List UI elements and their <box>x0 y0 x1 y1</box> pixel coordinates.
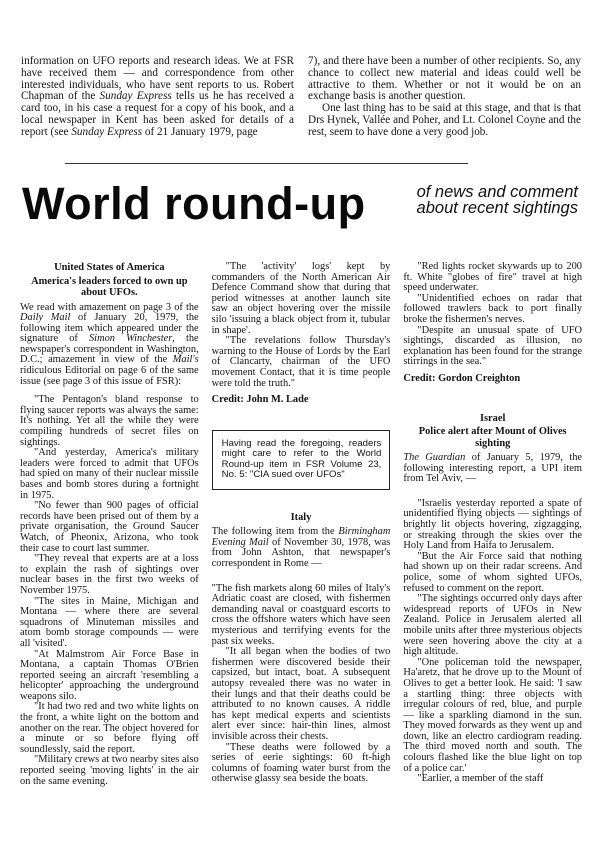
article-columns: United States of America America's leade… <box>20 262 582 787</box>
continuation-paragraph: One last thing has to be said at this st… <box>308 103 581 138</box>
section-divider <box>65 163 468 164</box>
intro-paragraph: The following item from the Birmingham E… <box>212 527 391 569</box>
publication-name: Sunday Express <box>100 90 172 102</box>
previous-article-continuation: information on UFO reports and research … <box>21 56 581 139</box>
quote-paragraph: "The sightings occurred only days after … <box>403 594 582 658</box>
article-headline: Police alert after Mount of Olives sight… <box>403 426 582 449</box>
quote-paragraph: "The fish markets along 60 miles of Ital… <box>212 584 391 648</box>
quote-paragraph: "And yesterday, America's military leade… <box>20 448 199 501</box>
quote-paragraph: "It had two red and two white lights on … <box>20 702 199 755</box>
article-credit: Credit: John M. Lade <box>212 395 391 406</box>
section-title: World round-up <box>22 178 366 230</box>
quote-paragraph: "The Pentagon's bland response to flying… <box>20 395 199 448</box>
quote-paragraph: "Israelis yesterday reported a spate of … <box>403 499 582 552</box>
intro-paragraph: We read with amazement on page 3 of the … <box>20 303 199 388</box>
column-1: United States of America America's leade… <box>20 262 199 787</box>
quote-paragraph: "But the Air Force said that nothing had… <box>403 552 582 594</box>
country-heading: United States of America <box>20 262 199 274</box>
quote-paragraph: "Red lights rocket skywards up to 200 ft… <box>403 262 582 294</box>
quote-paragraph: "No fewer than 900 pages of official rec… <box>20 501 199 554</box>
continuation-paragraph: information on UFO reports and research … <box>21 56 294 139</box>
continuation-column-left: information on UFO reports and research … <box>21 56 294 139</box>
intro-paragraph: The Guardian of January 5, 1979, the fol… <box>403 453 582 485</box>
cross-reference-box: Having read the foregoing, readers might… <box>212 430 391 490</box>
quote-paragraph: "The sites in Maine, Michigan and Montan… <box>20 597 199 650</box>
quote-paragraph: "These deaths were followed by a series … <box>212 743 391 785</box>
quote-paragraph: "The 'activity' logs' kept by commanders… <box>212 262 391 336</box>
article-credit: Credit: Gordon Creighton <box>403 374 582 385</box>
column-2: "The 'activity' logs' kept by commanders… <box>212 262 391 787</box>
column-3: "Red lights rocket skywards up to 200 ft… <box>403 262 582 787</box>
quote-paragraph: "Military crews at two nearby sites also… <box>20 755 199 787</box>
publication-name: Sunday Express <box>71 126 142 138</box>
quote-paragraph: "The revelations follow Thursday's warni… <box>212 336 391 389</box>
country-heading: Italy <box>212 512 391 524</box>
quote-paragraph: "One policeman told the newspaper, Ha'ar… <box>403 658 582 775</box>
quote-paragraph: "They reveal that experts are at a loss … <box>20 554 199 596</box>
country-heading: Israel <box>403 413 582 425</box>
section-subtitle: of news and comment about recent sightin… <box>390 184 578 216</box>
quote-paragraph: "It all began when the bodies of two fis… <box>212 647 391 742</box>
quote-paragraph: "Unidentified echoes on radar that follo… <box>403 294 582 326</box>
continuation-column-right: 7), and there have been a number of othe… <box>308 56 581 139</box>
continuation-paragraph: 7), and there have been a number of othe… <box>308 56 581 103</box>
quote-paragraph: "At Malmstrom Air Force Base in Montana,… <box>20 650 199 703</box>
article-headline: America's leaders forced to own up about… <box>20 276 199 299</box>
quote-paragraph: "Earlier, a member of the staff <box>403 774 582 785</box>
quote-paragraph: "Despite an unusual spate of UFO sightin… <box>403 326 582 368</box>
